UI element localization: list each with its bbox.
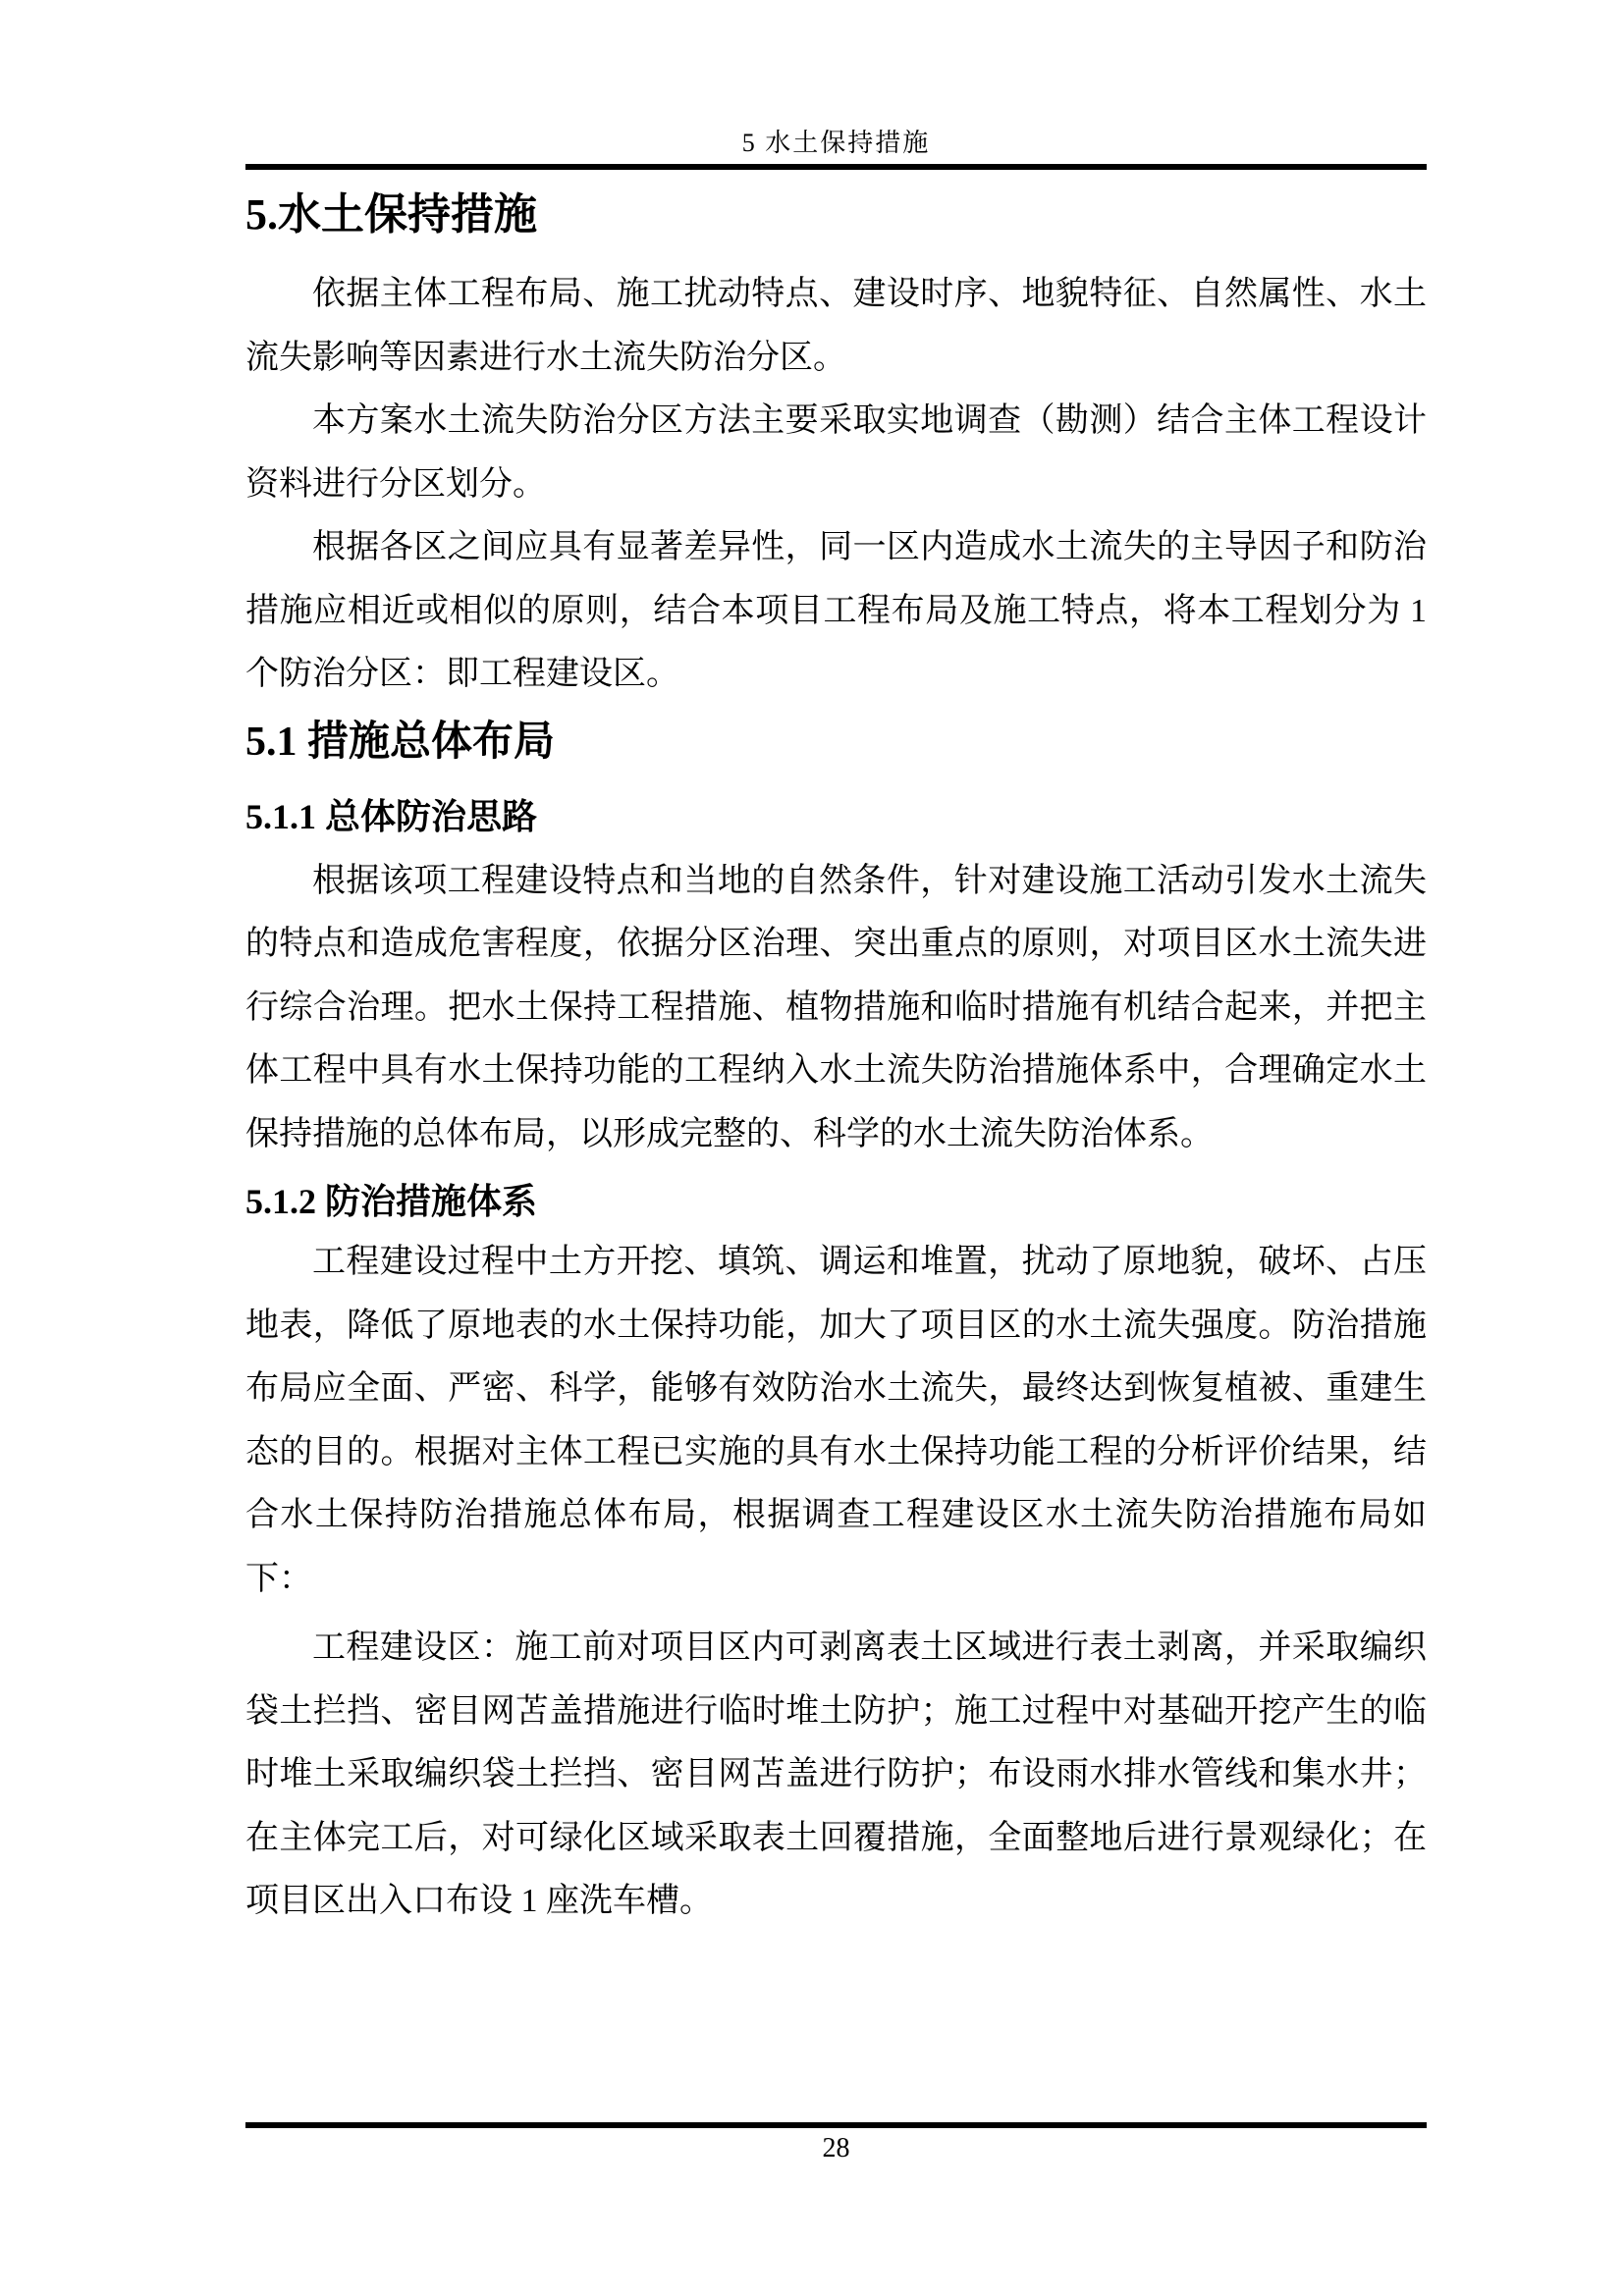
paragraph: 本方案水土流失防治分区方法主要采取实地调查（勘测）结合主体工程设计资料进行分区划… [245,390,1427,516]
paragraph: 工程建设过程中土方开挖、填筑、调运和堆置，扰动了原地貌，破坏、占压地表，降低了原… [245,1231,1427,1611]
chapter-title: 5.水土保持措施 [245,188,1427,241]
paragraph: 依据主体工程布局、施工扰动特点、建设时序、地貌特征、自然属性、水土流失影响等因素… [245,263,1427,390]
page-number: 28 [245,2132,1427,2165]
running-header: 5 水土保持措施 [245,129,1427,158]
paragraph: 根据各区之间应具有显著差异性，同一区内造成水土流失的主导因子和防治措施应相近或相… [245,516,1427,707]
paragraph: 工程建设区：施工前对项目区内可剥离表土区域进行表土剥离，并采取编织袋土拦挡、密目… [245,1617,1427,1934]
subsection-heading-5-1-1: 5.1.1 总体防治思路 [245,793,1427,840]
footer-divider [245,2122,1427,2128]
subsection-heading-5-1-2: 5.1.2 防治措施体系 [245,1178,1427,1225]
document-page: 5 水土保持措施 5.水土保持措施 依据主体工程布局、施工扰动特点、建设时序、地… [0,0,1624,2296]
intro-section: 依据主体工程布局、施工扰动特点、建设时序、地貌特征、自然属性、水土流失影响等因素… [245,263,1427,707]
section-heading-5-1: 5.1 措施总体布局 [245,715,1427,770]
header-divider [245,164,1427,170]
document-body: 5.水土保持措施 依据主体工程布局、施工扰动特点、建设时序、地貌特征、自然属性、… [245,188,1427,1934]
paragraph: 根据该项工程建设特点和当地的自然条件，针对建设施工活动引发水土流失的特点和造成危… [245,850,1427,1167]
